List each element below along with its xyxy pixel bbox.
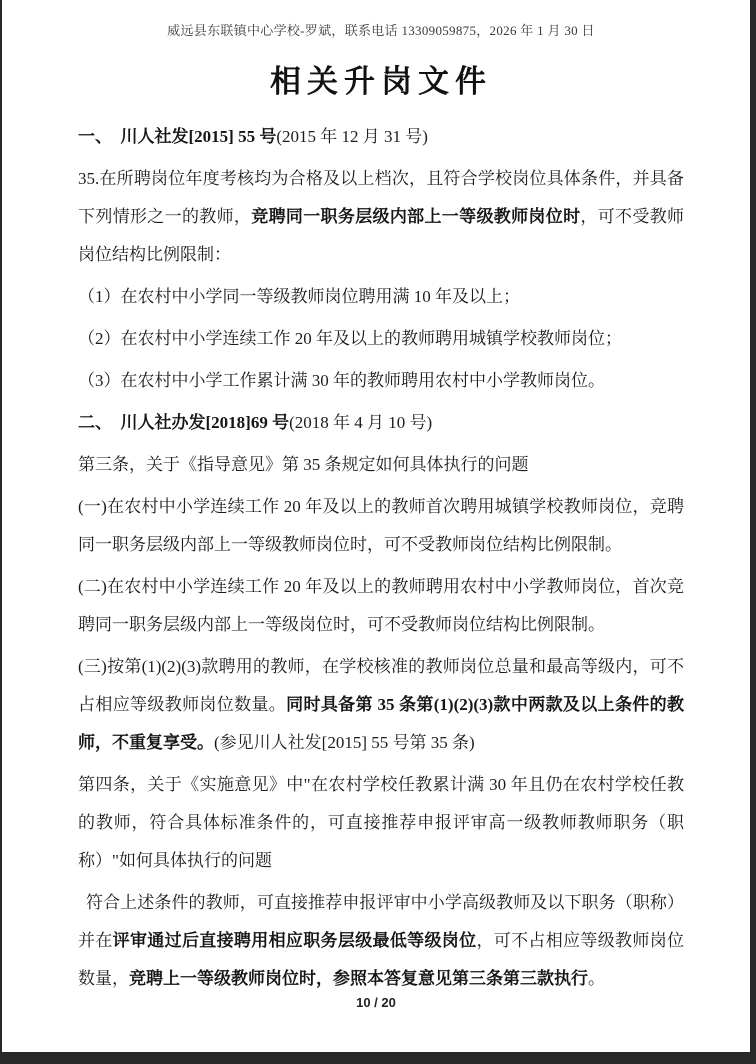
text-run: (2018 年 4 月 10 号) (289, 413, 432, 432)
text-run: 竞聘上一等级教师岗位时，参照本答复意见第三条第三款执行 (129, 969, 588, 988)
paragraph: （2）在农村中小学连续工作 20 年及以上的教师聘用城镇学校教师岗位； (78, 320, 684, 358)
document-content: 威远县东联镇中心学校-罗斌，联系电话 13309059875，2026 年 1 … (2, 0, 750, 998)
paragraph: 符合上述条件的教师，可直接推荐申报评审中小学高级教师及以下职务（职称）并在评审通… (78, 884, 684, 998)
text-run: （3）在农村中小学工作累计满 30 年的教师聘用农村中小学教师岗位。 (78, 371, 605, 390)
section-heading: 一、 川人社发[2015] 55 号(2015 年 12 月 31 号) (78, 118, 684, 156)
document-body: 一、 川人社发[2015] 55 号(2015 年 12 月 31 号)35.在… (78, 118, 684, 998)
paragraph: (一)在农村中小学连续工作 20 年及以上的教师首次聘用城镇学校教师岗位，竞聘同… (78, 488, 684, 564)
text-run: 。 (588, 969, 605, 988)
paragraph: 第三条，关于《指导意见》第 35 条规定如何具体执行的问题 (78, 446, 684, 484)
text-run: (二)在农村中小学连续工作 20 年及以上的教师聘用农村中小学教师岗位，首次竞聘… (78, 577, 684, 634)
text-run: (2015 年 12 月 31 号) (276, 127, 428, 146)
text-run: 竞聘同一职务层级内部上一等级教师岗位时 (251, 207, 580, 226)
text-run: 二、 川人社办发[2018]69 号 (78, 413, 289, 432)
paragraph: (二)在农村中小学连续工作 20 年及以上的教师聘用农村中小学教师岗位，首次竞聘… (78, 568, 684, 644)
text-run: 评审通过后直接聘用相应职务层级最低等级岗位 (113, 931, 477, 950)
text-run: 第四条，关于《实施意见》中"在农村学校任教累计满 30 年且仍在农村学校任教的教… (78, 775, 684, 870)
section-heading: 二、 川人社办发[2018]69 号(2018 年 4 月 10 号) (78, 404, 684, 442)
text-run: (参见川人社发[2015] 55 号第 35 条) (214, 733, 475, 752)
paragraph: (三)按第(1)(2)(3)款聘用的教师，在学校核准的教师岗位总量和最高等级内，… (78, 648, 684, 762)
document-title: 相关升岗文件 (78, 62, 684, 102)
document-page: 威远县东联镇中心学校-罗斌，联系电话 13309059875，2026 年 1 … (2, 0, 750, 1052)
viewer-background: { "header": { "text": "威远县东联镇中心学校-罗斌，联系电… (0, 0, 756, 1064)
page-number-indicator: 10 / 20 (2, 995, 750, 1010)
paragraph: 第四条，关于《实施意见》中"在农村学校任教累计满 30 年且仍在农村学校任教的教… (78, 766, 684, 880)
paragraph: 35.在所聘岗位年度考核均为合格及以上档次，且符合学校岗位具体条件，并具备下列情… (78, 160, 684, 274)
text-run: (一)在农村中小学连续工作 20 年及以上的教师首次聘用城镇学校教师岗位，竞聘同… (78, 497, 684, 554)
paragraph: （1）在农村中小学同一等级教师岗位聘用满 10 年及以上； (78, 278, 684, 316)
paragraph: （3）在农村中小学工作累计满 30 年的教师聘用农村中小学教师岗位。 (78, 362, 684, 400)
document-header-line: 威远县东联镇中心学校-罗斌，联系电话 13309059875，2026 年 1 … (78, 22, 684, 40)
text-run: 第三条，关于《指导意见》第 35 条规定如何具体执行的问题 (78, 455, 529, 474)
text-run: 一、 川人社发[2015] 55 号 (78, 127, 276, 146)
text-run: （1）在农村中小学同一等级教师岗位聘用满 10 年及以上； (78, 287, 520, 306)
text-run: （2）在农村中小学连续工作 20 年及以上的教师聘用城镇学校教师岗位； (78, 329, 622, 348)
